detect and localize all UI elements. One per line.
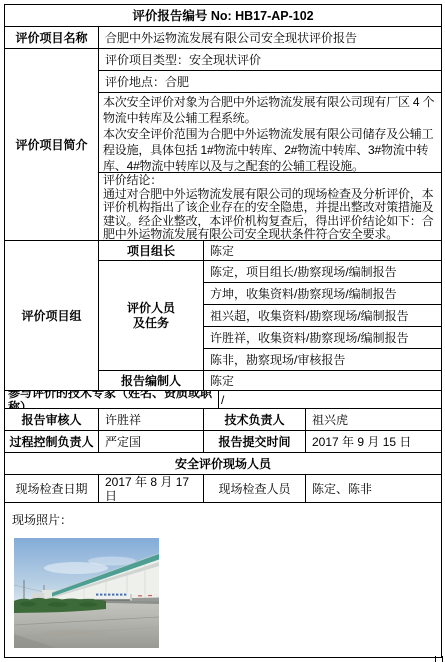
page-scan-artifact [435, 656, 443, 662]
team-label: 评价项目组 [5, 241, 99, 391]
team-member-row: 许胜祥，收集资料/勘察现场/编制报告 [204, 327, 441, 349]
photo-hedge-texture [20, 602, 36, 607]
reviewer-label: 报告审核人 [5, 409, 99, 431]
photo-tire-marks [42, 630, 110, 637]
team-members-label-line2: 及任务 [133, 316, 169, 331]
photo-barrier-arm [132, 595, 159, 596]
submit-time-label: 报告提交时间 [204, 431, 306, 453]
site-staff-value: 陈定、陈非 [306, 475, 441, 503]
overview-location: 评价地点：合肥 [99, 71, 441, 93]
reviewer-value: 许胜祥 [99, 409, 204, 431]
overview-label: 评价项目简介 [5, 49, 99, 241]
team-member-row: 祖兴超，收集资料/勘察现场/编制报告 [204, 305, 441, 327]
conclusion-body: 通过对合肥中外运物流发展有限公司的现场检查及分析评价，本评价机构指出了该企业存在… [103, 188, 438, 242]
photo-gate-post [130, 594, 132, 601]
scope-paragraph-2: 本次安全评价范围为合肥中外运物流发展有限公司储存及公辅工程设施，具体包括 1#物… [103, 126, 438, 173]
experts-value: / [219, 391, 441, 409]
report-table: 评价报告编号 No: HB17-AP-102 评价项目名称 合肥中外运物流发展有… [4, 4, 442, 658]
site-date-value: 2017 年 8 月 17 日 [99, 475, 204, 503]
site-staff-label: 现场检查人员 [204, 475, 306, 503]
team-members-label: 评价人员 及任务 [99, 261, 204, 371]
project-name-value: 合肥中外运物流发展有限公司安全现状评价报告 [99, 27, 441, 49]
site-photo-section: 现场照片： [5, 503, 441, 657]
warehouse-site-photo [14, 538, 159, 648]
photo-hedge-texture [48, 602, 68, 607]
report-page: 评价报告编号 No: HB17-AP-102 评价项目名称 合肥中外运物流发展有… [0, 0, 445, 662]
experts-label: 参与评价的技术专家（姓名、资质或职称） [5, 391, 219, 409]
submit-time-value: 2017 年 9 月 15 日 [306, 431, 441, 453]
overview-conclusion: 评价结论： 通过对合肥中外运物流发展有限公司的现场检查及分析评价，本评价机构指出… [99, 173, 441, 241]
site-photo-label: 现场照片： [12, 513, 72, 527]
tech-lead-label: 技术负责人 [204, 409, 306, 431]
conclusion-title: 评价结论： [103, 174, 438, 188]
process-control-label: 过程控制负责人 [5, 431, 99, 453]
project-name-label: 评价项目名称 [5, 27, 99, 49]
scope-paragraph-1: 本次安全评价对象为合肥中外运物流发展有限公司现有厂区 4 个物流中转库及公辅工程… [103, 94, 438, 126]
report-writer-value: 陈定 [204, 371, 441, 391]
team-leader-value: 陈定 [204, 241, 441, 261]
team-member-row: 陈非，勘察现场/审核报告 [204, 349, 441, 371]
team-member-row: 陈定，项目组长/勘察现场/编制报告 [204, 261, 441, 283]
site-date-label: 现场检查日期 [5, 475, 99, 503]
overview-type: 评价项目类型：安全现状评价 [99, 49, 441, 71]
team-member-row: 方坤，收集资料/勘察现场/编制报告 [204, 283, 441, 305]
team-members-label-line1: 评价人员 [127, 301, 175, 316]
overview-scope: 本次安全评价对象为合肥中外运物流发展有限公司现有厂区 4 个物流中转库及公辅工程… [99, 93, 441, 173]
tech-lead-value: 祖兴虎 [306, 409, 441, 431]
report-writer-label: 报告编制人 [99, 371, 204, 391]
report-title: 评价报告编号 No: HB17-AP-102 [5, 5, 441, 27]
team-leader-label: 项目组长 [99, 241, 204, 261]
process-control-value: 严定国 [99, 431, 204, 453]
photo-hedge-texture [79, 602, 97, 606]
site-personnel-header: 安全评价现场人员 [5, 453, 441, 475]
